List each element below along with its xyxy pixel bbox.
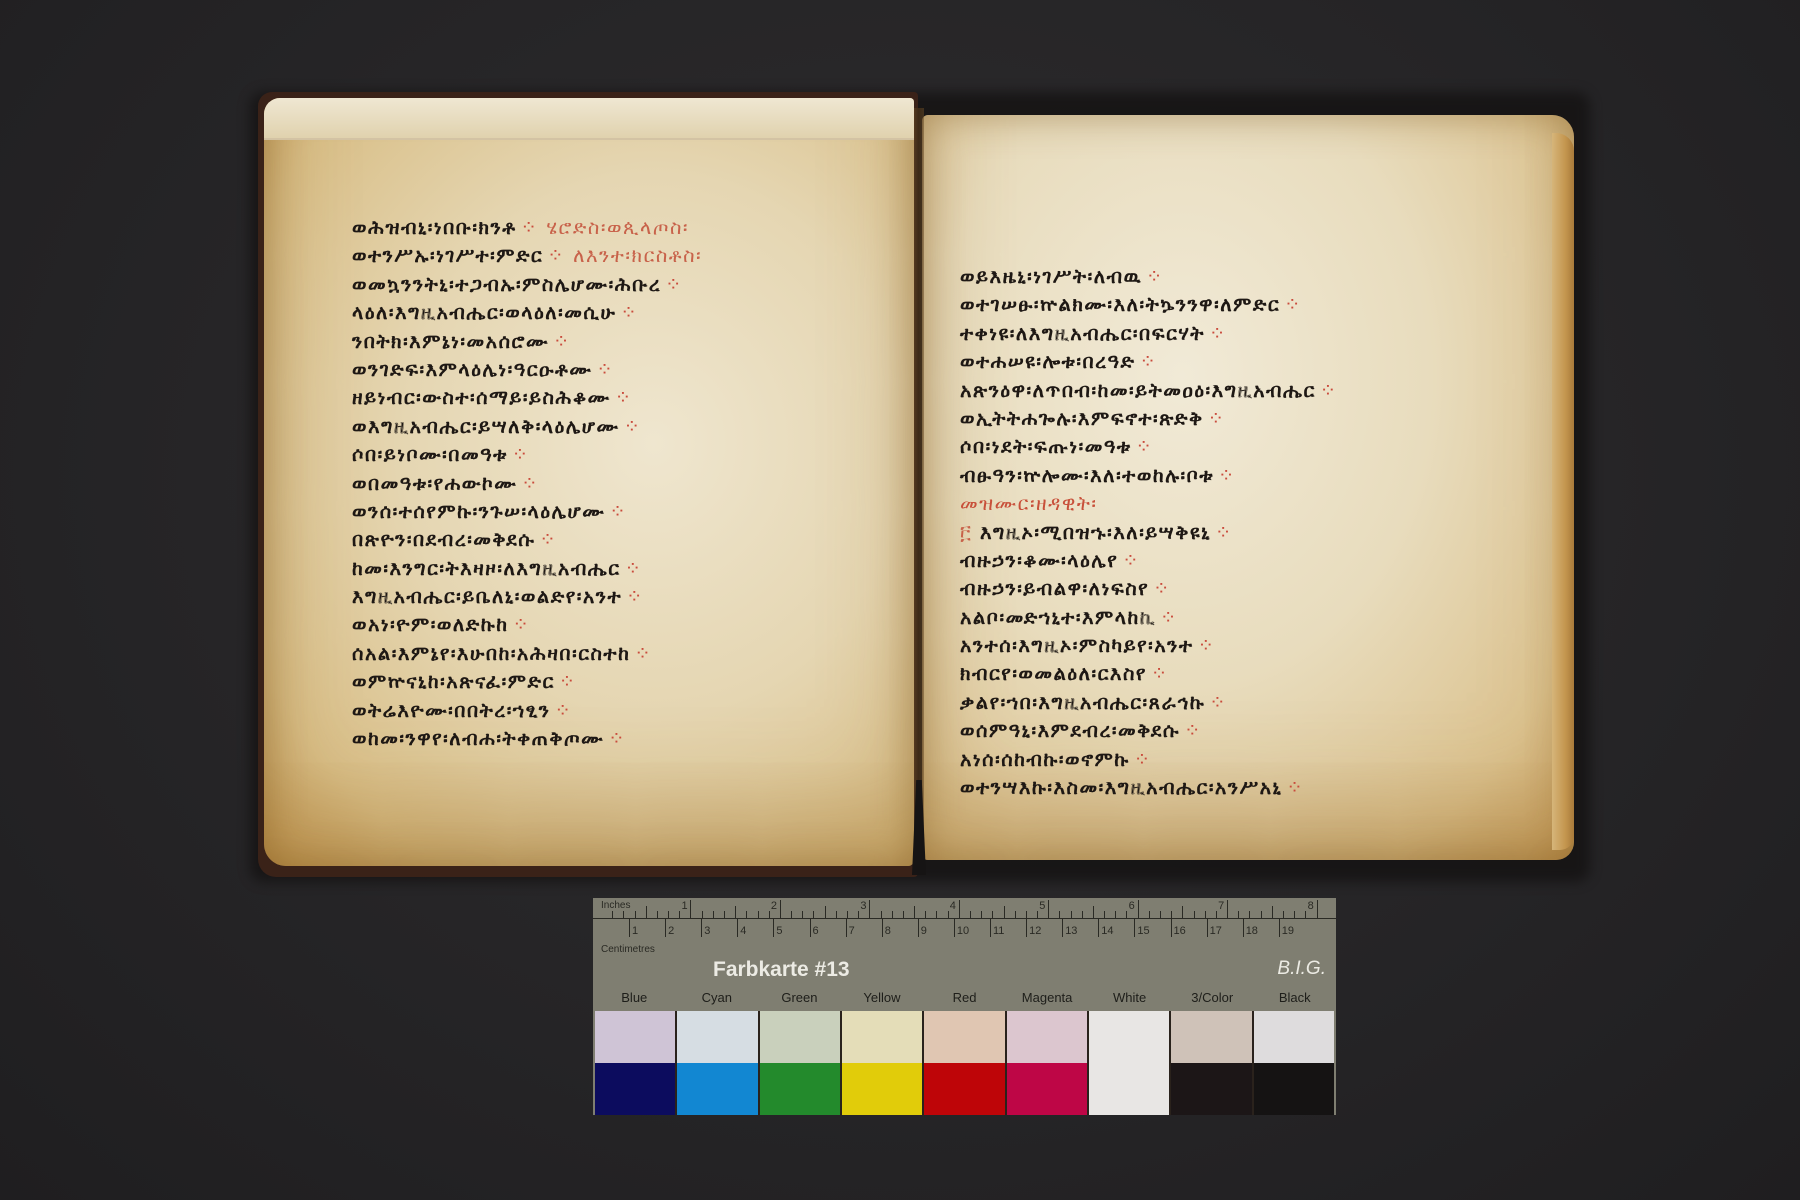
text-line: ንበትክ፡እምኔነ፡መአሰሮሙ⁘ <box>352 328 702 356</box>
minor-tick <box>612 911 613 918</box>
verse-divider-icon: ⁘ <box>1134 748 1152 771</box>
inch-tick <box>780 900 781 918</box>
verse-divider-icon: ⁘ <box>624 415 642 438</box>
text-line: ወከመ፡ንዋየ፡ለብሐ፡ትቀጠቅጦሙ⁘ <box>352 725 702 753</box>
verse-divider-icon: ⁘ <box>625 557 643 580</box>
text-line: ዘይነብር፡ውስተ፡ሰማይ፡ይስሕቆሙ⁘ <box>352 384 702 412</box>
minor-tick <box>881 911 882 918</box>
upper-leaf-edge <box>264 98 914 140</box>
line-text: ብፁዓን፡ኵሎሙ፡እለ፡ተወከሉ፡ቦቱ <box>960 464 1214 487</box>
solid-patch <box>1171 1063 1251 1115</box>
line-text: ብዙኃን፡ቆሙ፡ላዕሌየ <box>960 549 1118 572</box>
verse-divider-icon: ⁘ <box>665 273 683 296</box>
cm-number: 4 <box>740 925 746 937</box>
line-text: ወበመዓቱ፡የሐውኮሙ <box>352 472 517 495</box>
inch-tick <box>1317 900 1318 918</box>
swatch-label: 3/Color <box>1171 990 1254 1008</box>
verse-divider-icon: ⁘ <box>1320 379 1338 402</box>
minor-tick <box>1004 906 1005 918</box>
cm-tick <box>1207 919 1208 937</box>
line-text: አልቦ፡መድኀኒተ፡እምላከኪ <box>960 606 1156 629</box>
line-text: ወሕዝብኒ፡ነበቡ፡ክንቶ <box>352 216 517 239</box>
swatch-label: Yellow <box>841 990 924 1008</box>
minor-tick <box>1272 906 1273 918</box>
text-line: ብዙኃን፡ቆሙ፡ላዕሌየ⁘ <box>960 547 1338 575</box>
cm-tick <box>1279 919 1280 937</box>
swatch-labels: BlueCyanGreenYellowRedMagentaWhite3/Colo… <box>593 990 1336 1008</box>
text-line: ወተገሠፁ፡ኵልክሙ፡እለ፡ትኴንንዋ፡ለምድር⁘ <box>960 291 1338 319</box>
cm-tick <box>1026 919 1027 937</box>
verse-divider-icon: ⁘ <box>521 216 539 239</box>
inch-number: 2 <box>771 900 777 912</box>
cm-number: 11 <box>993 925 1004 937</box>
cm-number: 14 <box>1101 925 1113 937</box>
minor-tick <box>668 911 669 918</box>
minor-tick <box>1216 911 1217 918</box>
solid-patch <box>760 1063 840 1115</box>
text-line: ቃልየ፡ኀበ፡እግዚአብሔር፡ጸራኅኩ⁘ <box>960 689 1338 717</box>
verse-divider-icon: ⁘ <box>512 613 530 636</box>
text-line: አልቦ፡መድኀኒተ፡እምላከኪ⁘ <box>960 604 1338 632</box>
color-swatches <box>595 1011 1334 1115</box>
minor-tick <box>679 911 680 918</box>
inch-tick <box>1048 900 1049 918</box>
minor-tick <box>646 906 647 918</box>
inch-number: 8 <box>1308 900 1314 912</box>
ruler: Inches Centimetres 123456781234567891011… <box>593 898 1336 958</box>
minor-tick <box>1261 911 1262 918</box>
card-title: Farbkarte #13 <box>713 958 850 982</box>
swatch-label: Black <box>1254 990 1337 1008</box>
minor-tick <box>1082 911 1083 918</box>
verse-divider-icon: ⁘ <box>1209 691 1227 714</box>
minor-tick <box>892 911 893 918</box>
minor-tick <box>1059 911 1060 918</box>
line-text: እግዚአብሔር፡ይቤለኒ፡ወልድየ፡አንተ <box>352 585 622 608</box>
minor-tick <box>1249 911 1250 918</box>
photo-scene: ወሕዝብኒ፡ነበቡ፡ክንቶ⁘ሄሮድስ፡ወጲላጦስ፡ወተንሥኡ፡ነገሥተ፡ምድር⁘… <box>0 0 1800 1200</box>
verse-divider-icon: ⁘ <box>1136 435 1154 458</box>
inch-number: 6 <box>1129 900 1135 912</box>
minor-tick <box>1115 911 1116 918</box>
text-line: በጽዮን፡በደብረ፡መቅደሱ⁘ <box>352 526 702 554</box>
cm-tick <box>990 919 991 937</box>
minor-tick <box>623 911 624 918</box>
cm-number: 5 <box>776 925 782 937</box>
color-swatch-white <box>1089 1011 1169 1115</box>
cm-tick <box>701 919 702 937</box>
verse-divider-icon: ⁘ <box>1146 265 1164 288</box>
minor-tick <box>1071 911 1072 918</box>
tint-patch <box>760 1011 840 1063</box>
line-text: ወምኵናኒከ፡አጽናፈ፡ምድር <box>352 670 555 693</box>
minor-tick <box>858 911 859 918</box>
line-text: ወተንሣእኩ፡እስመ፡እግዚአብሔር፡አንሥአኒ <box>960 776 1282 799</box>
inch-number: 5 <box>1039 900 1045 912</box>
minor-tick <box>1171 911 1172 918</box>
verse-divider-icon: ⁘ <box>1209 322 1227 345</box>
verse-divider-icon: ⁘ <box>559 670 577 693</box>
minor-tick <box>903 911 904 918</box>
cm-tick <box>1062 919 1063 937</box>
minor-tick <box>1294 911 1295 918</box>
verse-divider-icon: ⁘ <box>634 642 652 665</box>
cm-tick <box>918 919 919 937</box>
cm-number: 9 <box>921 925 927 937</box>
color-swatch-cyan <box>677 1011 757 1115</box>
line-text: ላዕለ፡እግዚአብሔር፡ወላዕለ፡መሲሁ <box>352 301 616 324</box>
minor-tick <box>1126 911 1127 918</box>
line-text: እግዚኦ፡ሚበዝኁ፡እለ፡ይሣቅዩኒ <box>980 521 1211 544</box>
minor-tick <box>1182 906 1183 918</box>
text-line: አጽንዕዋ፡ለጥበብ፡ከመ፡ይትመዐዕ፡እግዚአብሔር⁘ <box>960 377 1338 405</box>
verse-divider-icon: ⁘ <box>596 358 614 381</box>
line-text: ሶበ፡ይነቦሙ፡በመዓቱ <box>352 443 508 466</box>
cm-tick <box>954 919 955 937</box>
book-gutter <box>914 108 924 868</box>
text-line: ከመ፡እንግር፡ትእዛዞ፡ለእግዚአብሔር⁘ <box>352 555 702 583</box>
text-line: እግዚአብሔር፡ይቤለኒ፡ወልድየ፡አንተ⁘ <box>352 583 702 611</box>
psalm-numeral: ፫ <box>960 521 980 544</box>
tint-patch <box>595 1011 675 1063</box>
cm-number: 19 <box>1282 925 1294 937</box>
inch-number: 1 <box>681 900 687 912</box>
cm-tick <box>1134 919 1135 937</box>
tint-patch <box>1007 1011 1087 1063</box>
cm-tick <box>1098 919 1099 937</box>
inch-tick <box>959 900 960 918</box>
inch-tick <box>869 900 870 918</box>
text-line: ወአነ፡ዮም፡ወለድኩከ⁘ <box>352 611 702 639</box>
cm-tick <box>846 919 847 937</box>
verse-divider-icon: ⁘ <box>626 585 644 608</box>
text-line: አነሰ፡ሰከብኩ፡ወኖምኩ⁘ <box>960 746 1338 774</box>
rubric-text: ለእንተ፡ክርስቶስ፡ <box>573 244 702 267</box>
minor-tick <box>713 911 714 918</box>
line-text: አንተሰ፡እግዚኦ፡ምስካይየ፡አንተ <box>960 634 1194 657</box>
verse-divider-icon: ⁘ <box>1286 776 1304 799</box>
text-line: ወይእዜኒ፡ነገሥት፡ለብዉ⁘ <box>960 263 1338 291</box>
line-text: ዘይነብር፡ውስተ፡ሰማይ፡ይስሕቆሙ <box>352 386 611 409</box>
verse-divider-icon: ⁘ <box>1140 350 1158 373</box>
minor-tick <box>847 911 848 918</box>
rubric-heading: መዝሙር፡ዘዳዊት፡ <box>960 490 1338 518</box>
line-text: ቃልየ፡ኀበ፡እግዚአብሔር፡ጸራኅኩ <box>960 691 1205 714</box>
cm-number: 16 <box>1174 925 1186 937</box>
minor-tick <box>791 911 792 918</box>
text-line: ሶበ፡ይነቦሙ፡በመዓቱ⁘ <box>352 441 702 469</box>
color-swatch-yellow <box>842 1011 922 1115</box>
minor-tick <box>657 911 658 918</box>
minor-tick <box>724 911 725 918</box>
inch-number: 3 <box>860 900 866 912</box>
cm-number: 18 <box>1246 925 1258 937</box>
verse-divider-icon: ⁘ <box>615 386 633 409</box>
minor-tick <box>769 911 770 918</box>
verse-divider-icon: ⁘ <box>609 500 627 523</box>
cm-number: 13 <box>1065 925 1077 937</box>
verse-divider-icon: ⁘ <box>1184 719 1202 742</box>
solid-patch <box>595 1063 675 1115</box>
tint-patch <box>1171 1011 1251 1063</box>
text-line: ወምኵናኒከ፡አጽናፈ፡ምድር⁘ <box>352 668 702 696</box>
minor-tick <box>802 911 803 918</box>
text-line: ክብርየ፡ወመልዕለ፡ርእስየ⁘ <box>960 660 1338 688</box>
color-swatch-magenta <box>1007 1011 1087 1115</box>
line-text: መዝሙር፡ዘዳዊት፡ <box>960 492 1098 515</box>
cm-number: 8 <box>885 925 891 937</box>
text-line: ወበመዓቱ፡የሐውኮሙ⁘ <box>352 470 702 498</box>
line-text: ሶበ፡ነደት፡ፍጡነ፡መዓቱ <box>960 435 1132 458</box>
color-swatch-blue <box>595 1011 675 1115</box>
inch-tick <box>1138 900 1139 918</box>
line-text: ወተንሥኡ፡ነገሥተ፡ምድር <box>352 244 543 267</box>
manuscript-right-page: ወይእዜኒ፡ነገሥት፡ለብዉ⁘ወተገሠፁ፡ኵልክሙ፡እለ፡ትኴንንዋ፡ለምድር⁘… <box>922 115 1574 860</box>
minor-tick <box>1015 911 1016 918</box>
swatch-label: Red <box>923 990 1006 1008</box>
verse-divider-icon: ⁘ <box>547 244 565 267</box>
line-text: ክብርየ፡ወመልዕለ፡ርእስየ <box>960 662 1147 685</box>
cm-number: 7 <box>849 925 855 937</box>
cm-number: 2 <box>668 925 674 937</box>
cm-tick <box>773 919 774 937</box>
verse-divider-icon: ⁘ <box>1122 549 1140 572</box>
minor-tick <box>1037 911 1038 918</box>
line-text: ወመኳንንትኒ፡ተጋብኡ፡ምስሌሆሙ፡ሕቡረ <box>352 273 661 296</box>
cm-tick <box>882 919 883 937</box>
line-text: አጽንዕዋ፡ለጥበብ፡ከመ፡ይትመዐዕ፡እግዚአብሔር <box>960 379 1316 402</box>
verse-divider-icon: ⁘ <box>1215 521 1233 544</box>
line-text: ከመ፡እንግር፡ትእዛዞ፡ለእግዚአብሔር <box>352 557 621 580</box>
color-swatch-black <box>1254 1011 1334 1115</box>
text-line: ወሕዝብኒ፡ነበቡ፡ክንቶ⁘ሄሮድስ፡ወጲላጦስ፡ <box>352 214 702 242</box>
cm-tick <box>1243 919 1244 937</box>
swatch-label: Cyan <box>676 990 759 1008</box>
cm-tick <box>810 919 811 937</box>
cm-number: 3 <box>704 925 710 937</box>
minor-tick <box>1149 911 1150 918</box>
tint-patch <box>1089 1011 1169 1115</box>
card-brand: B.I.G. <box>1277 958 1326 980</box>
solid-patch <box>1007 1063 1087 1115</box>
inch-number: 7 <box>1218 900 1224 912</box>
cm-tick <box>1171 919 1172 937</box>
line-text: ወንገድፍ፡እምላዕሌነ፡ዓርዑቶሙ <box>352 358 592 381</box>
text-line: ወእግዚአብሔር፡ይሣለቅ፡ላዕሌሆሙ⁘ <box>352 413 702 441</box>
text-line: ወትሬእዮሙ፡በበትረ፡ኀፂን⁘ <box>352 697 702 725</box>
line-text: አነሰ፡ሰከብኩ፡ወኖምኩ <box>960 748 1130 771</box>
rubric-text: ሄሮድስ፡ወጲላጦስ፡ <box>546 216 689 239</box>
text-line: ወኢትትሐጐሉ፡እምፍኖተ፡ጽድቅ⁘ <box>960 405 1338 433</box>
line-text: በጽዮን፡በደብረ፡መቅደሱ <box>352 528 535 551</box>
line-text: ወእግዚአብሔር፡ይሣለቅ፡ላዕሌሆሙ <box>352 415 620 438</box>
text-line: ብፁዓን፡ኵሎሙ፡እለ፡ተወከሉ፡ቦቱ⁘ <box>960 462 1338 490</box>
color-swatch-3-color <box>1171 1011 1251 1115</box>
ruler-axis <box>593 918 1336 919</box>
verse-divider-icon: ⁘ <box>555 699 573 722</box>
minor-tick <box>981 911 982 918</box>
text-line: ወመኳንንትኒ፡ተጋብኡ፡ምስሌሆሙ፡ሕቡረ⁘ <box>352 271 702 299</box>
verse-divider-icon: ⁘ <box>1198 634 1216 657</box>
minor-tick <box>758 911 759 918</box>
swatch-label: Magenta <box>1006 990 1089 1008</box>
verse-divider-icon: ⁘ <box>512 443 530 466</box>
line-text: ወተገሠፁ፡ኵልክሙ፡እለ፡ትኴንንዋ፡ለምድር <box>960 293 1280 316</box>
verse-divider-icon: ⁘ <box>1151 662 1169 685</box>
text-line: ተቀነዩ፡ለእግዚአብሔር፡በፍርሃት⁘ <box>960 320 1338 348</box>
text-line: ብዙኃን፡ይብልዋ፡ለነፍስየ⁘ <box>960 575 1338 603</box>
minor-tick <box>1160 911 1161 918</box>
minor-tick <box>1104 911 1105 918</box>
text-line: ወንገድፍ፡እምላዕሌነ፡ዓርዑቶሙ⁘ <box>352 356 702 384</box>
line-text: ብዙኃን፡ይብልዋ፡ለነፍስየ <box>960 577 1149 600</box>
text-line: ወተሐሠዩ፡ሎቱ፡በረዓድ⁘ <box>960 348 1338 376</box>
minor-tick <box>1238 911 1239 918</box>
verse-divider-icon: ⁘ <box>608 727 626 750</box>
line-text: ንበትክ፡እምኔነ፡መአሰሮሙ <box>352 330 549 353</box>
cm-number: 1 <box>632 925 638 937</box>
verse-divider-icon: ⁘ <box>539 528 557 551</box>
centimetres-label: Centimetres <box>601 944 655 955</box>
verse-divider-icon: ⁘ <box>1153 577 1171 600</box>
inches-label: Inches <box>601 900 630 911</box>
color-reference-card: Inches Centimetres 123456781234567891011… <box>593 898 1336 1115</box>
text-line: ፫ እግዚኦ፡ሚበዝኁ፡እለ፡ይሣቅዩኒ⁘ <box>960 519 1338 547</box>
cm-number: 12 <box>1029 925 1041 937</box>
line-text: ወአነ፡ዮም፡ወለድኩከ <box>352 613 508 636</box>
minor-tick <box>1205 911 1206 918</box>
fore-edge <box>1552 133 1574 850</box>
verse-divider-icon: ⁘ <box>553 330 571 353</box>
minor-tick <box>635 911 636 918</box>
line-text: ወንሰ፡ተሰየምኩ፡ንጉሠ፡ላዕሌሆሙ <box>352 500 605 523</box>
line-text: ሰአል፡እምኔየ፡እሁበከ፡አሕዛበ፡ርስተከ <box>352 642 630 665</box>
minor-tick <box>825 906 826 918</box>
minor-tick <box>948 911 949 918</box>
verse-divider-icon: ⁘ <box>620 301 638 324</box>
cm-number: 15 <box>1137 925 1149 937</box>
swatch-label: White <box>1088 990 1171 1008</box>
line-text: ወይእዜኒ፡ነገሥት፡ለብዉ <box>960 265 1142 288</box>
inch-tick <box>690 900 691 918</box>
minor-tick <box>1093 906 1094 918</box>
tint-patch <box>924 1011 1004 1063</box>
cm-number: 17 <box>1210 925 1222 937</box>
minor-tick <box>746 911 747 918</box>
left-page-text: ወሕዝብኒ፡ነበቡ፡ክንቶ⁘ሄሮድስ፡ወጲላጦስ፡ወተንሥኡ፡ነገሥተ፡ምድር⁘… <box>352 214 702 753</box>
minor-tick <box>925 911 926 918</box>
manuscript-left-page: ወሕዝብኒ፡ነበቡ፡ክንቶ⁘ሄሮድስ፡ወጲላጦስ፡ወተንሥኡ፡ነገሥተ፡ምድር⁘… <box>264 98 914 866</box>
minor-tick <box>836 911 837 918</box>
text-line: ላዕለ፡እግዚአብሔር፡ወላዕለ፡መሲሁ⁘ <box>352 299 702 327</box>
line-text: ወኢትትሐጐሉ፡እምፍኖተ፡ጽድቅ <box>960 407 1204 430</box>
cm-tick <box>665 919 666 937</box>
minor-tick <box>813 911 814 918</box>
line-text: ወትሬእዮሙ፡በበትረ፡ኀፂን <box>352 699 551 722</box>
inch-number: 4 <box>950 900 956 912</box>
verse-divider-icon: ⁘ <box>1218 464 1236 487</box>
solid-patch <box>924 1063 1004 1115</box>
text-line: ወተንሥኡ፡ነገሥተ፡ምድር⁘ለእንተ፡ክርስቶስ፡ <box>352 242 702 270</box>
solid-patch <box>842 1063 922 1115</box>
right-page-text: ወይእዜኒ፡ነገሥት፡ለብዉ⁘ወተገሠፁ፡ኵልክሙ፡እለ፡ትኴንንዋ፡ለምድር⁘… <box>960 263 1338 802</box>
cm-tick <box>629 919 630 937</box>
tint-patch <box>842 1011 922 1063</box>
verse-divider-icon: ⁘ <box>1160 606 1178 629</box>
minor-tick <box>1026 911 1027 918</box>
minor-tick <box>735 906 736 918</box>
verse-divider-icon: ⁘ <box>521 472 539 495</box>
minor-tick <box>914 906 915 918</box>
text-line: ሶበ፡ነደት፡ፍጡነ፡መዓቱ⁘ <box>960 433 1338 461</box>
line-text: ተቀነዩ፡ለእግዚአብሔር፡በፍርሃት <box>960 322 1205 345</box>
minor-tick <box>936 911 937 918</box>
text-line: ወተንሣእኩ፡እስመ፡እግዚአብሔር፡አንሥአኒ⁘ <box>960 774 1338 802</box>
tint-patch <box>677 1011 757 1063</box>
text-line: ወንሰ፡ተሰየምኩ፡ንጉሠ፡ላዕሌሆሙ⁘ <box>352 498 702 526</box>
text-line: ሰአል፡እምኔየ፡እሁበከ፡አሕዛበ፡ርስተከ⁘ <box>352 640 702 668</box>
color-swatch-green <box>760 1011 840 1115</box>
cm-number: 10 <box>957 925 969 937</box>
line-text: ወከመ፡ንዋየ፡ለብሐ፡ትቀጠቅጦሙ <box>352 727 604 750</box>
line-text: ወሰምዓኒ፡እምደብረ፡መቅደሱ <box>960 719 1180 742</box>
cm-number: 6 <box>813 925 819 937</box>
verse-divider-icon: ⁘ <box>1208 407 1226 430</box>
minor-tick <box>702 911 703 918</box>
line-text: ወተሐሠዩ፡ሎቱ፡በረዓድ <box>960 350 1136 373</box>
minor-tick <box>992 911 993 918</box>
text-line: አንተሰ፡እግዚኦ፡ምስካይየ፡አንተ⁘ <box>960 632 1338 660</box>
minor-tick <box>1194 911 1195 918</box>
inch-tick <box>1227 900 1228 918</box>
minor-tick <box>1305 911 1306 918</box>
verse-divider-icon: ⁘ <box>1284 293 1302 316</box>
solid-patch <box>677 1063 757 1115</box>
text-line: ወሰምዓኒ፡እምደብረ፡መቅደሱ⁘ <box>960 717 1338 745</box>
swatch-label: Blue <box>593 990 676 1008</box>
tint-patch <box>1254 1011 1334 1063</box>
color-swatch-red <box>924 1011 1004 1115</box>
solid-patch <box>1254 1063 1334 1115</box>
minor-tick <box>970 911 971 918</box>
cm-tick <box>737 919 738 937</box>
minor-tick <box>1283 911 1284 918</box>
swatch-label: Green <box>758 990 841 1008</box>
